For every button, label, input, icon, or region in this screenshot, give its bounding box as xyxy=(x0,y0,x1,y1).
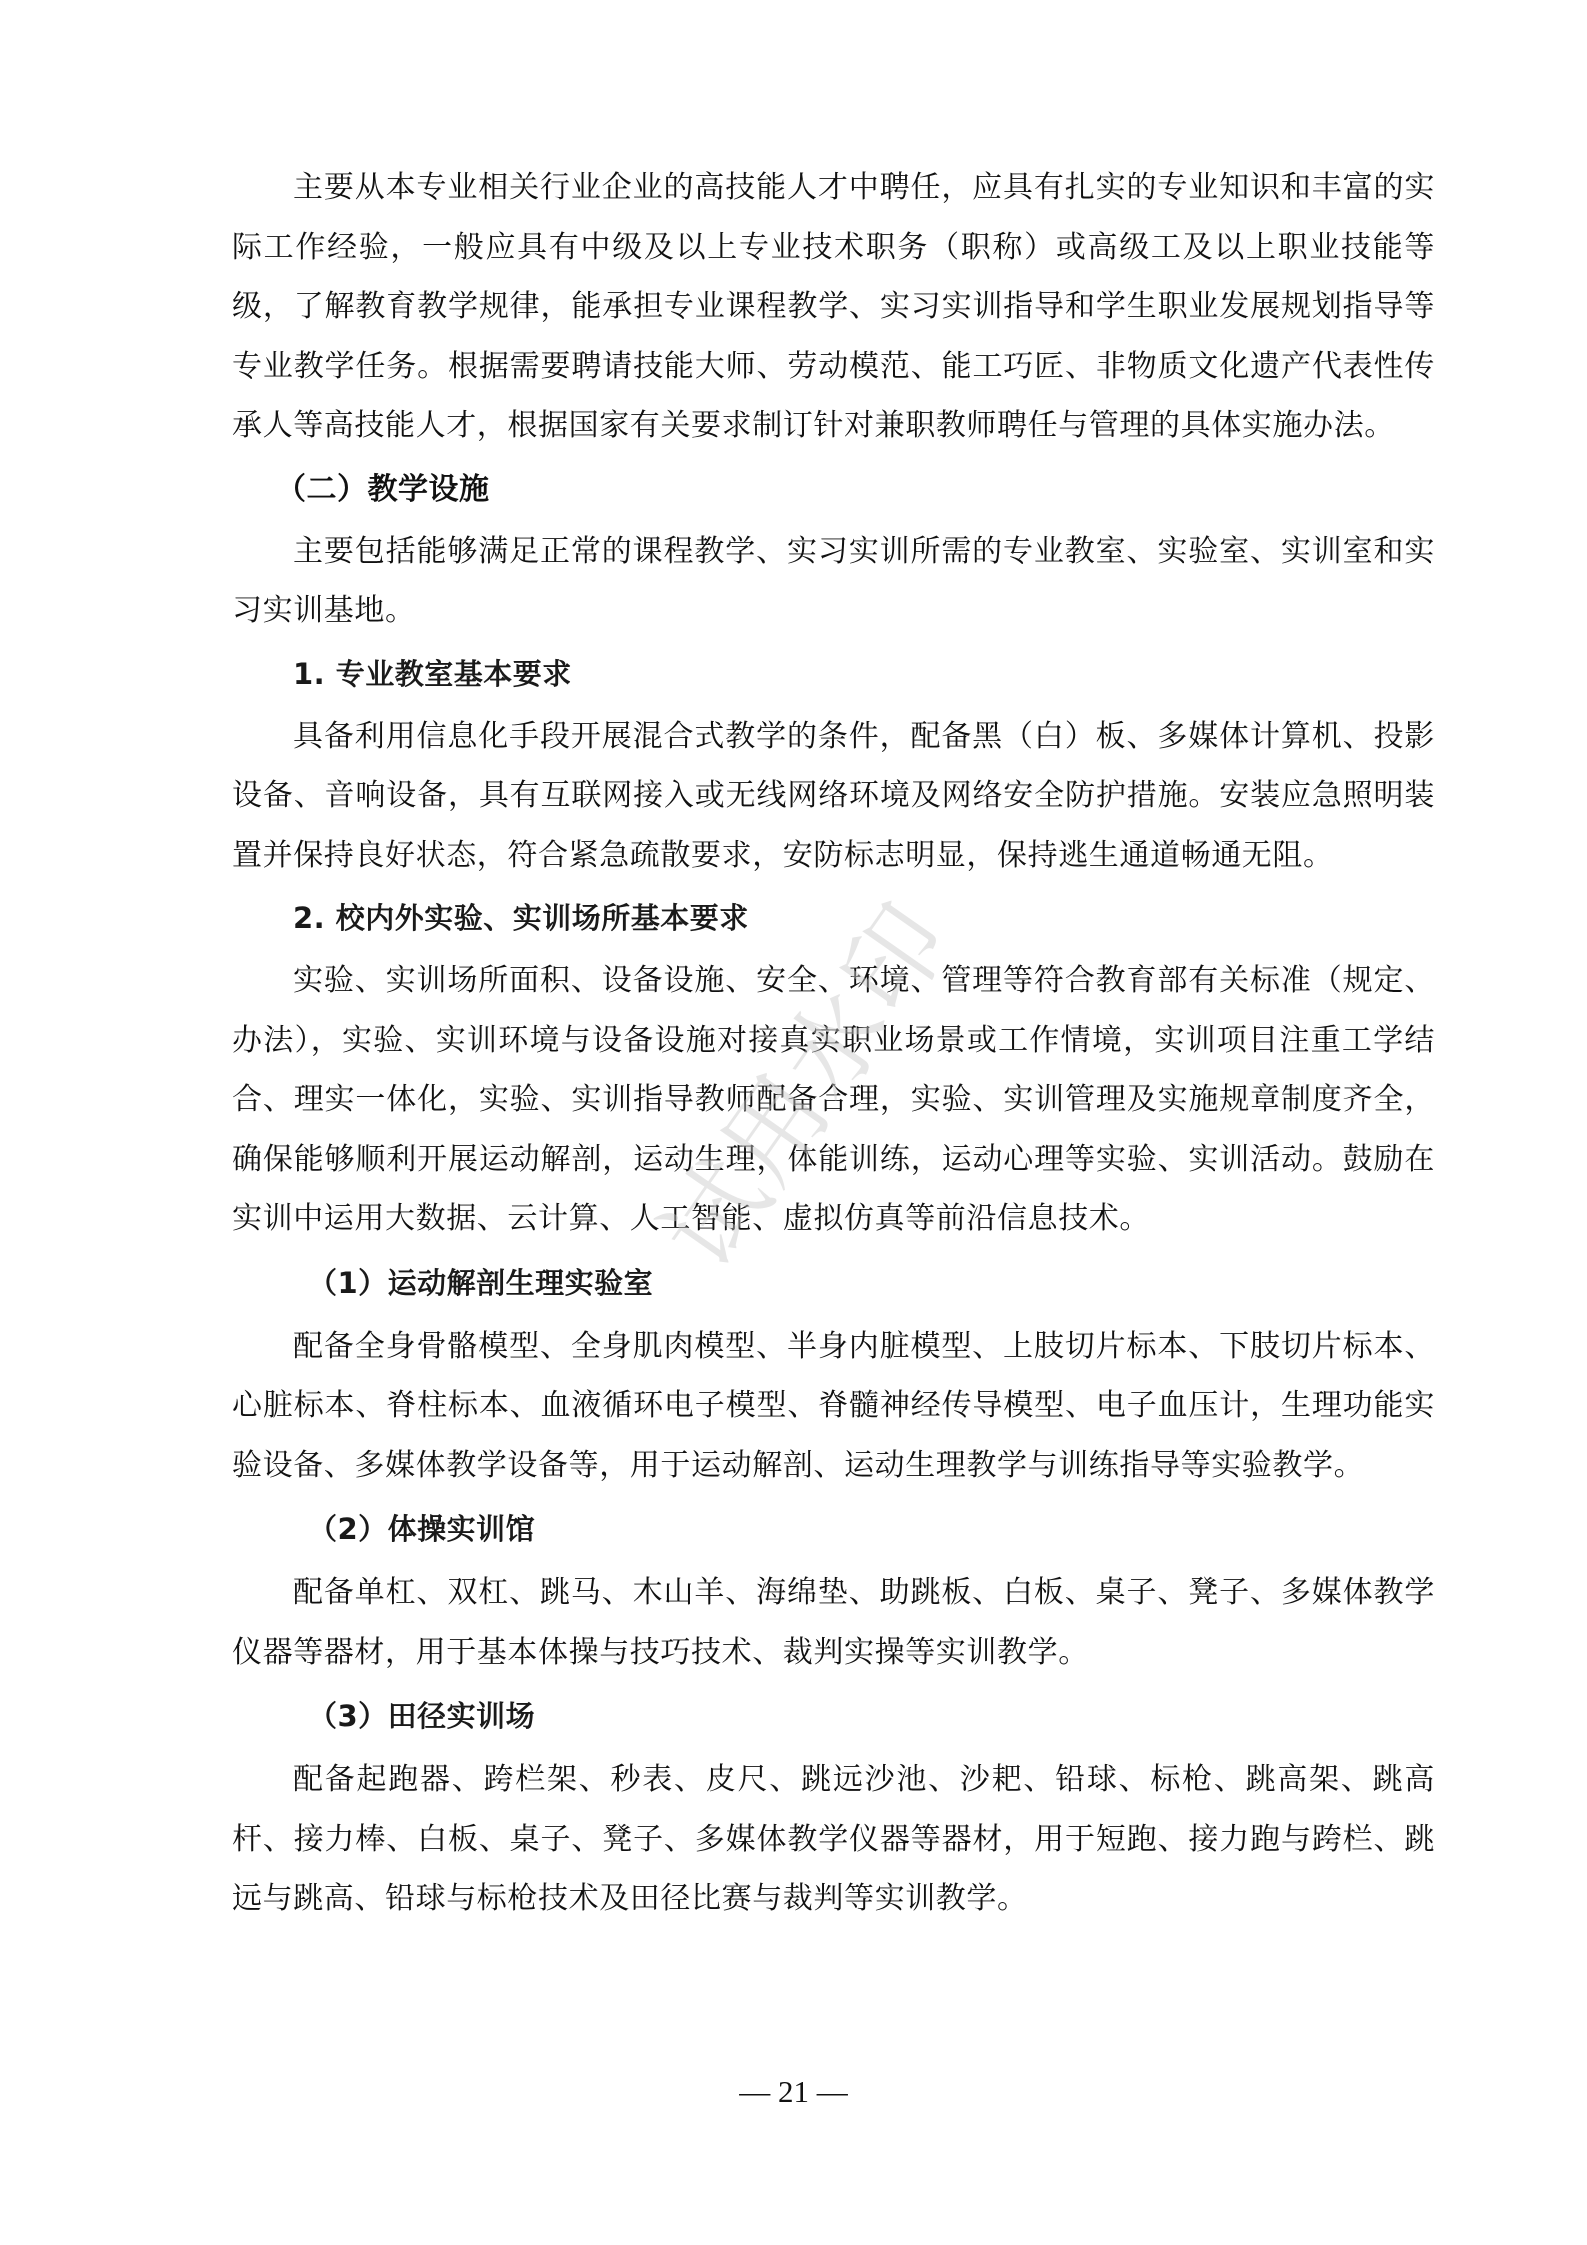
item-heading-track-field: （3）田径实训场 xyxy=(232,1682,1435,1750)
paragraph-gymnastics-hall: 配备单杠、双杠、跳马、木山羊、海绵垫、助跳板、白板、桌子、凳子、多媒体教学仪器等… xyxy=(232,1563,1435,1682)
paragraph-classroom-requirements: 具备利用信息化手段开展混合式教学的条件，配备黑（白）板、多媒体计算机、投影设备、… xyxy=(232,707,1435,886)
page-content: 主要从本专业相关行业企业的高技能人才中聘任，应具有扎实的专业知识和丰富的实际工作… xyxy=(232,158,1435,1929)
item-heading-gymnastics-hall: （2）体操实训馆 xyxy=(232,1495,1435,1563)
paragraph-part-time-teachers: 主要从本专业相关行业企业的高技能人才中聘任，应具有扎实的专业知识和丰富的实际工作… xyxy=(232,158,1435,456)
paragraph-training-site-requirements: 实验、实训场所面积、设备设施、安全、环境、管理等符合教育部有关标准（规定、办法）… xyxy=(232,951,1435,1249)
subsection-heading-training-sites: 2. 校内外实验、实训场所基本要求 xyxy=(232,885,1435,951)
page-number: — 21 — xyxy=(0,2074,1587,2110)
paragraph-facilities-intro: 主要包括能够满足正常的课程教学、实习实训所需的专业教室、实验室、实训室和实习实训… xyxy=(232,522,1435,641)
paragraph-track-field: 配备起跑器、跨栏架、秒表、皮尺、跳远沙池、沙耙、铅球、标枪、跳高架、跳高杆、接力… xyxy=(232,1750,1435,1929)
paragraph-anatomy-lab: 配备全身骨骼模型、全身肌肉模型、半身内脏模型、上肢切片标本、下肢切片标本、心脏标… xyxy=(232,1317,1435,1496)
document-page: 主要从本专业相关行业企业的高技能人才中聘任，应具有扎实的专业知识和丰富的实际工作… xyxy=(0,0,1587,2245)
subsection-heading-classroom: 1. 专业教室基本要求 xyxy=(232,641,1435,707)
item-heading-anatomy-lab: （1）运动解剖生理实验室 xyxy=(232,1249,1435,1317)
section-heading-teaching-facilities: （二）教学设施 xyxy=(232,458,1435,522)
